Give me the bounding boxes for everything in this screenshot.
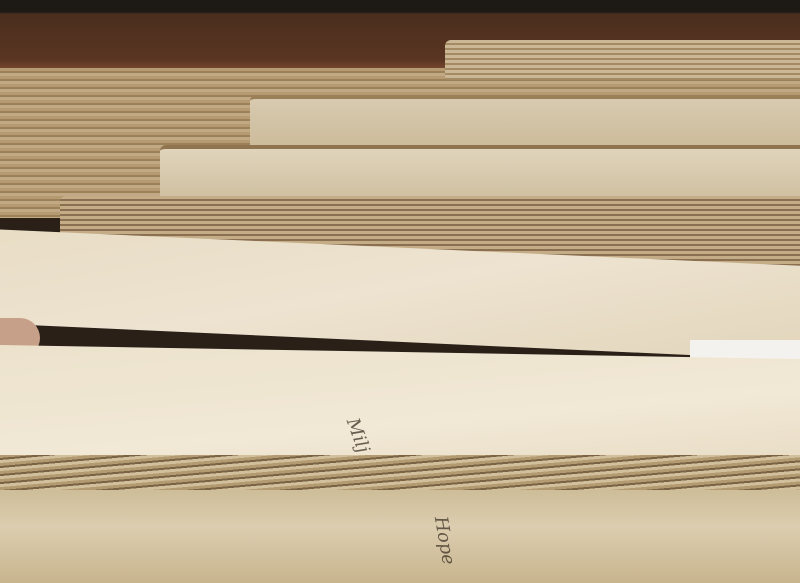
bottom-handwritten-page: Hope xyxy=(0,490,800,583)
page-layer xyxy=(445,40,800,80)
handwriting: Hope xyxy=(430,515,459,567)
handwriting: Milj xyxy=(342,415,374,456)
